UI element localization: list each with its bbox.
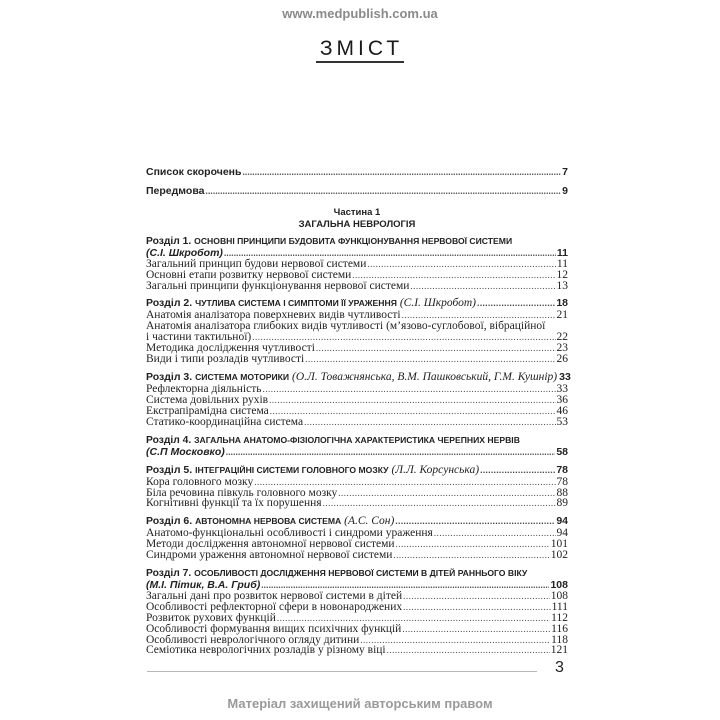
toc-item-page: 11 bbox=[557, 259, 568, 270]
toc-item-label: Кора головного мозку bbox=[146, 477, 253, 488]
section-prefix: Розділ 2. bbox=[146, 297, 192, 309]
dot-leader bbox=[360, 635, 550, 646]
section-title: ІНТЕГРАЦІЙНІ СИСТЕМИ ГОЛОВНОГО МОЗКУ bbox=[195, 465, 388, 475]
page-title-wrap: ЗМІСТ bbox=[0, 38, 720, 63]
toc-entry-page: 9 bbox=[562, 186, 568, 197]
table-of-contents: Список скорочень7 Передмова9 Частина 1 З… bbox=[146, 167, 568, 656]
dot-leader bbox=[410, 281, 555, 292]
toc-item-label: Когнітивні функції та їх порушення bbox=[146, 498, 322, 509]
page-number: 3 bbox=[555, 659, 564, 677]
section-authors-row[interactable]: (С.П Московко)58 bbox=[146, 447, 568, 458]
section-title: ОСНОВНІ ПРИНЦИПИ БУДОВИТА ФУНКЦІОНУВАННЯ… bbox=[194, 236, 512, 246]
section-heading[interactable]: Розділ 5. ІНТЕГРАЦІЙНІ СИСТЕМИ ГОЛОВНОГО… bbox=[146, 464, 568, 477]
section-title: ЗАГАЛЬНА АНАТОМО-ФІЗІОЛОГІЧНА ХАРАКТЕРИС… bbox=[194, 435, 520, 445]
dot-leader bbox=[403, 591, 550, 602]
toc-item-page: 78 bbox=[557, 477, 569, 488]
dot-leader bbox=[262, 384, 555, 395]
toc-section-5: Розділ 5. ІНТЕГРАЦІЙНІ СИСТЕМИ ГОЛОВНОГО… bbox=[146, 458, 568, 510]
section-prefix: Розділ 7. bbox=[146, 568, 191, 579]
dot-leader bbox=[352, 270, 555, 281]
toc-section-6: Розділ 6. АВТОНОМНА НЕРВОВА СИСТЕМА (А.С… bbox=[146, 509, 568, 561]
toc-item-label: Загальні принципи функціонування нервово… bbox=[146, 281, 409, 292]
toc-entry-preface[interactable]: Передмова9 bbox=[146, 186, 568, 197]
section-prefix: Розділ 5. bbox=[146, 464, 192, 476]
toc-item[interactable]: Кора головного мозку78 bbox=[146, 477, 568, 488]
page-footer-rule bbox=[147, 671, 537, 672]
dot-leader bbox=[402, 624, 550, 635]
section-prefix: Розділ 3. bbox=[146, 371, 192, 383]
dot-leader bbox=[270, 406, 556, 417]
toc-item-label: Види і типи розладів чутливості bbox=[146, 354, 304, 365]
toc-entry-page: 7 bbox=[562, 167, 568, 178]
toc-item-label: Загальний принцип будови нервової систем… bbox=[146, 259, 366, 270]
toc-entry-label: Передмова bbox=[146, 186, 205, 197]
dot-leader bbox=[477, 297, 555, 310]
toc-item-page: 116 bbox=[551, 624, 568, 635]
toc-item-label: Особливості формування вищих психічних ф… bbox=[146, 624, 401, 635]
section-page: 58 bbox=[556, 447, 568, 458]
dot-leader bbox=[206, 186, 562, 197]
toc-item-page: 13 bbox=[557, 281, 569, 292]
section-title: ЧУТЛИВА СИСТЕМА І СИМПТОМИ ЇЇ УРАЖЕННЯ bbox=[195, 298, 397, 308]
section-page: 78 bbox=[556, 464, 568, 477]
toc-item[interactable]: Види і типи розладів чутливості26 bbox=[146, 354, 568, 365]
toc-item-label: Синдроми ураження автономної нервової си… bbox=[146, 550, 392, 561]
section-authors: (Л.Л. Корсунська) bbox=[391, 464, 479, 476]
dot-leader bbox=[367, 259, 556, 270]
dot-leader bbox=[305, 354, 555, 365]
section-authors: (С.П Московко) bbox=[146, 447, 225, 458]
toc-entry-label: Список скорочень bbox=[146, 167, 241, 178]
dot-leader bbox=[480, 464, 555, 477]
section-title: ОСОБЛИВОСТІ ДОСЛІДЖЕННЯ НЕРВОВОЇ СИСТЕМИ… bbox=[194, 568, 527, 578]
section-title: АВТОНОМНА НЕРВОВА СИСТЕМА bbox=[195, 516, 341, 526]
dot-leader bbox=[387, 645, 550, 656]
dot-leader bbox=[323, 498, 556, 509]
dot-leader bbox=[269, 395, 555, 406]
section-prefix: Розділ 1. bbox=[146, 236, 191, 247]
dot-leader bbox=[403, 602, 550, 613]
toc-item[interactable]: Особливості формування вищих психічних ф… bbox=[146, 624, 568, 635]
toc-item-label: Статико-координаційна система bbox=[146, 417, 303, 428]
dot-leader bbox=[338, 488, 555, 499]
toc-section-1: Розділ 1. ОСНОВНІ ПРИНЦИПИ БУДОВИТА ФУНК… bbox=[146, 235, 568, 292]
toc-item[interactable]: Когнітивні функції та їх порушення89 bbox=[146, 498, 568, 509]
toc-item-page: 12 bbox=[557, 270, 569, 281]
part-number: Частина 1 bbox=[146, 207, 568, 219]
toc-item-page: 89 bbox=[557, 498, 569, 509]
section-authors: (О.Л. Товажнянська, В.М. Пашковський, Г.… bbox=[292, 371, 557, 383]
toc-item[interactable]: Основні етапи розвитку нервової системи1… bbox=[146, 270, 568, 281]
sections-container: Розділ 1. ОСНОВНІ ПРИНЦИПИ БУДОВИТА ФУНК… bbox=[146, 235, 568, 657]
dot-leader bbox=[396, 539, 550, 550]
toc-section-7: Розділ 7. ОСОБЛИВОСТІ ДОСЛІДЖЕННЯ НЕРВОВ… bbox=[146, 561, 568, 656]
toc-item-page: 121 bbox=[551, 645, 568, 656]
copyright-notice: Матеріал захищений авторським правом bbox=[0, 696, 720, 711]
toc-item-page: 53 bbox=[557, 417, 569, 428]
section-heading[interactable]: Розділ 1. ОСНОВНІ ПРИНЦИПИ БУДОВИТА ФУНК… bbox=[146, 235, 568, 248]
section-authors: (С.І. Шкробот) bbox=[400, 297, 476, 309]
toc-item-page: 21 bbox=[557, 310, 569, 321]
toc-item[interactable]: Статико-координаційна система53 bbox=[146, 417, 568, 428]
dot-leader bbox=[304, 417, 555, 428]
toc-section-4: Розділ 4. ЗАГАЛЬНА АНАТОМО-ФІЗІОЛОГІЧНА … bbox=[146, 428, 568, 458]
dot-leader bbox=[254, 477, 555, 488]
toc-item[interactable]: Загальний принцип будови нервової систем… bbox=[146, 259, 568, 270]
toc-item-page: 26 bbox=[557, 354, 569, 365]
dot-leader bbox=[316, 343, 556, 354]
section-prefix: Розділ 6. bbox=[146, 515, 192, 527]
toc-entry-abbreviations[interactable]: Список скорочень7 bbox=[146, 167, 568, 178]
section-prefix: Розділ 4. bbox=[146, 435, 191, 446]
toc-item-page: 102 bbox=[551, 550, 568, 561]
dot-leader bbox=[226, 447, 556, 458]
page-title: ЗМІСТ bbox=[316, 38, 404, 63]
dot-leader bbox=[434, 528, 556, 539]
toc-item-label: Основні етапи розвитку нервової системи bbox=[146, 270, 351, 281]
toc-item[interactable]: Синдроми ураження автономної нервової си… bbox=[146, 550, 568, 561]
toc-section-2: Розділ 2. ЧУТЛИВА СИСТЕМА І СИМПТОМИ ЇЇ … bbox=[146, 291, 568, 365]
section-authors: (А.С. Сон) bbox=[344, 515, 394, 527]
part-title: ЗАГАЛЬНА НЕВРОЛОГІЯ bbox=[146, 219, 568, 231]
section-title: СИСТЕМА МОТОРИКИ bbox=[195, 372, 289, 382]
dot-leader bbox=[242, 167, 561, 178]
dot-leader bbox=[393, 550, 549, 561]
toc-item-label: Семіотика неврологічних розладів у різно… bbox=[146, 645, 386, 656]
site-url: www.medpublish.com.ua bbox=[0, 6, 720, 21]
toc-item[interactable]: Семіотика неврологічних розладів у різно… bbox=[146, 645, 568, 656]
section-heading[interactable]: Розділ 4. ЗАГАЛЬНА АНАТОМО-ФІЗІОЛОГІЧНА … bbox=[146, 434, 568, 447]
toc-section-3: Розділ 3. СИСТЕМА МОТОРИКИ (О.Л. Товажня… bbox=[146, 365, 568, 428]
toc-item[interactable]: Загальні принципи функціонування нервово… bbox=[146, 281, 568, 292]
